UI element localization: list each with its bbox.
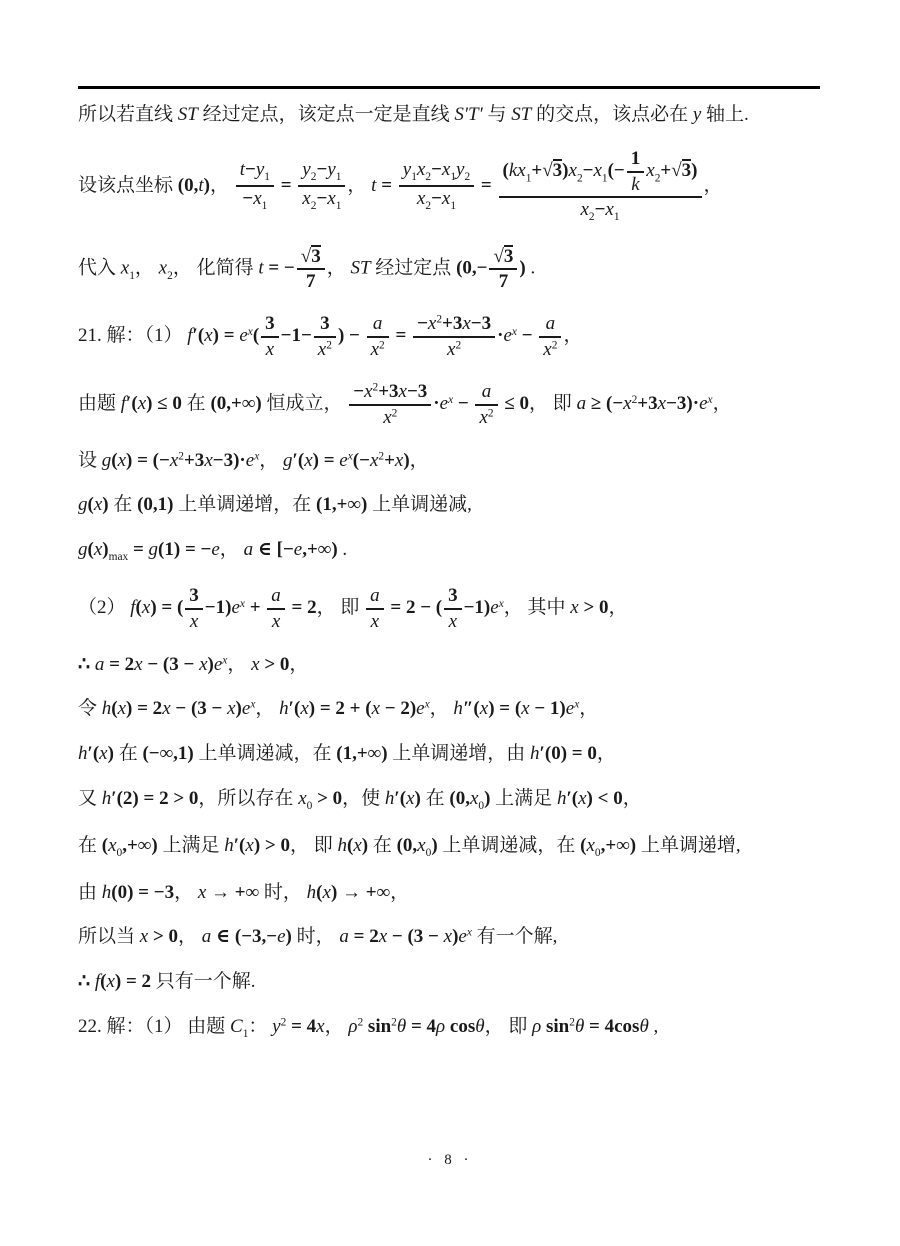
- solution-line: 令 h(x) = 2x − (3 − x)ex， h′(x) = 2 + (x …: [78, 697, 838, 722]
- solution-line: g(x) 在 (0,1) 上单调递增，在 (1,+∞) 上单调递减,: [78, 493, 838, 518]
- solution-line: h′(x) 在 (−∞,1) 上单调递减，在 (1,+∞) 上单调递增，由 h′…: [78, 742, 838, 767]
- header-rule: [78, 86, 820, 89]
- solution-line: 代入 x1， x2， 化简得 t = −√37， ST 经过定点 (0,−√37…: [78, 245, 838, 294]
- solution-line: 所以若直线 ST 经过定点，该定点一定是直线 S′T′ 与 ST 的交点，该点必…: [78, 103, 838, 128]
- solution-line: 所以当 x > 0， a ∈ (−3,−e) 时， a = 2x − (3 − …: [78, 925, 838, 950]
- solution-line: 在 (x0,+∞) 上满足 h′(x) > 0， 即 h(x) 在 (0,x0)…: [78, 834, 838, 861]
- solution-line: ∴ a = 2x − (3 − x)ex， x > 0，: [78, 653, 838, 678]
- solution-line: ∴ f(x) = 2 只有一个解.: [78, 970, 838, 995]
- page: 所以若直线 ST 经过定点，该定点一定是直线 S′T′ 与 ST 的交点，该点必…: [0, 0, 900, 1246]
- solution-line: 设 g(x) = (−x2+3x−3)·ex， g′(x) = ex(−x2+x…: [78, 449, 838, 474]
- solution-line: 21. 解：（1） f′(x) = ex(3x−1−3x2) − ax2 = −…: [78, 313, 838, 361]
- page-number: · 8 ·: [0, 1152, 900, 1169]
- solution-content: 所以若直线 ST 经过定点，该定点一定是直线 S′T′ 与 ST 的交点，该点必…: [78, 103, 838, 1062]
- solution-line: 22. 解：（1） 由题 C1： y2 = 4x， ρ2 sin2θ = 4ρ …: [78, 1015, 838, 1042]
- solution-line: 设该点坐标 (0,t)， t−y1−x1 = y2−y1x2−x1， t = y…: [78, 148, 838, 225]
- solution-line: 由题 f′(x) ≤ 0 在 (0,+∞) 恒成立， −x2+3x−3x2·ex…: [78, 381, 838, 429]
- solution-line: （2） f(x) = (3x−1)ex + ax = 2， 即 ax = 2 −…: [78, 585, 838, 633]
- solution-line: 由 h(0) = −3， x → +∞ 时， h(x) → +∞，: [78, 881, 838, 906]
- solution-line: 又 h′(2) = 2 > 0，所以存在 x0 > 0，使 h′(x) 在 (0…: [78, 787, 838, 814]
- solution-line: g(x)max = g(1) = −e， a ∈ [−e,+∞) .: [78, 538, 838, 565]
